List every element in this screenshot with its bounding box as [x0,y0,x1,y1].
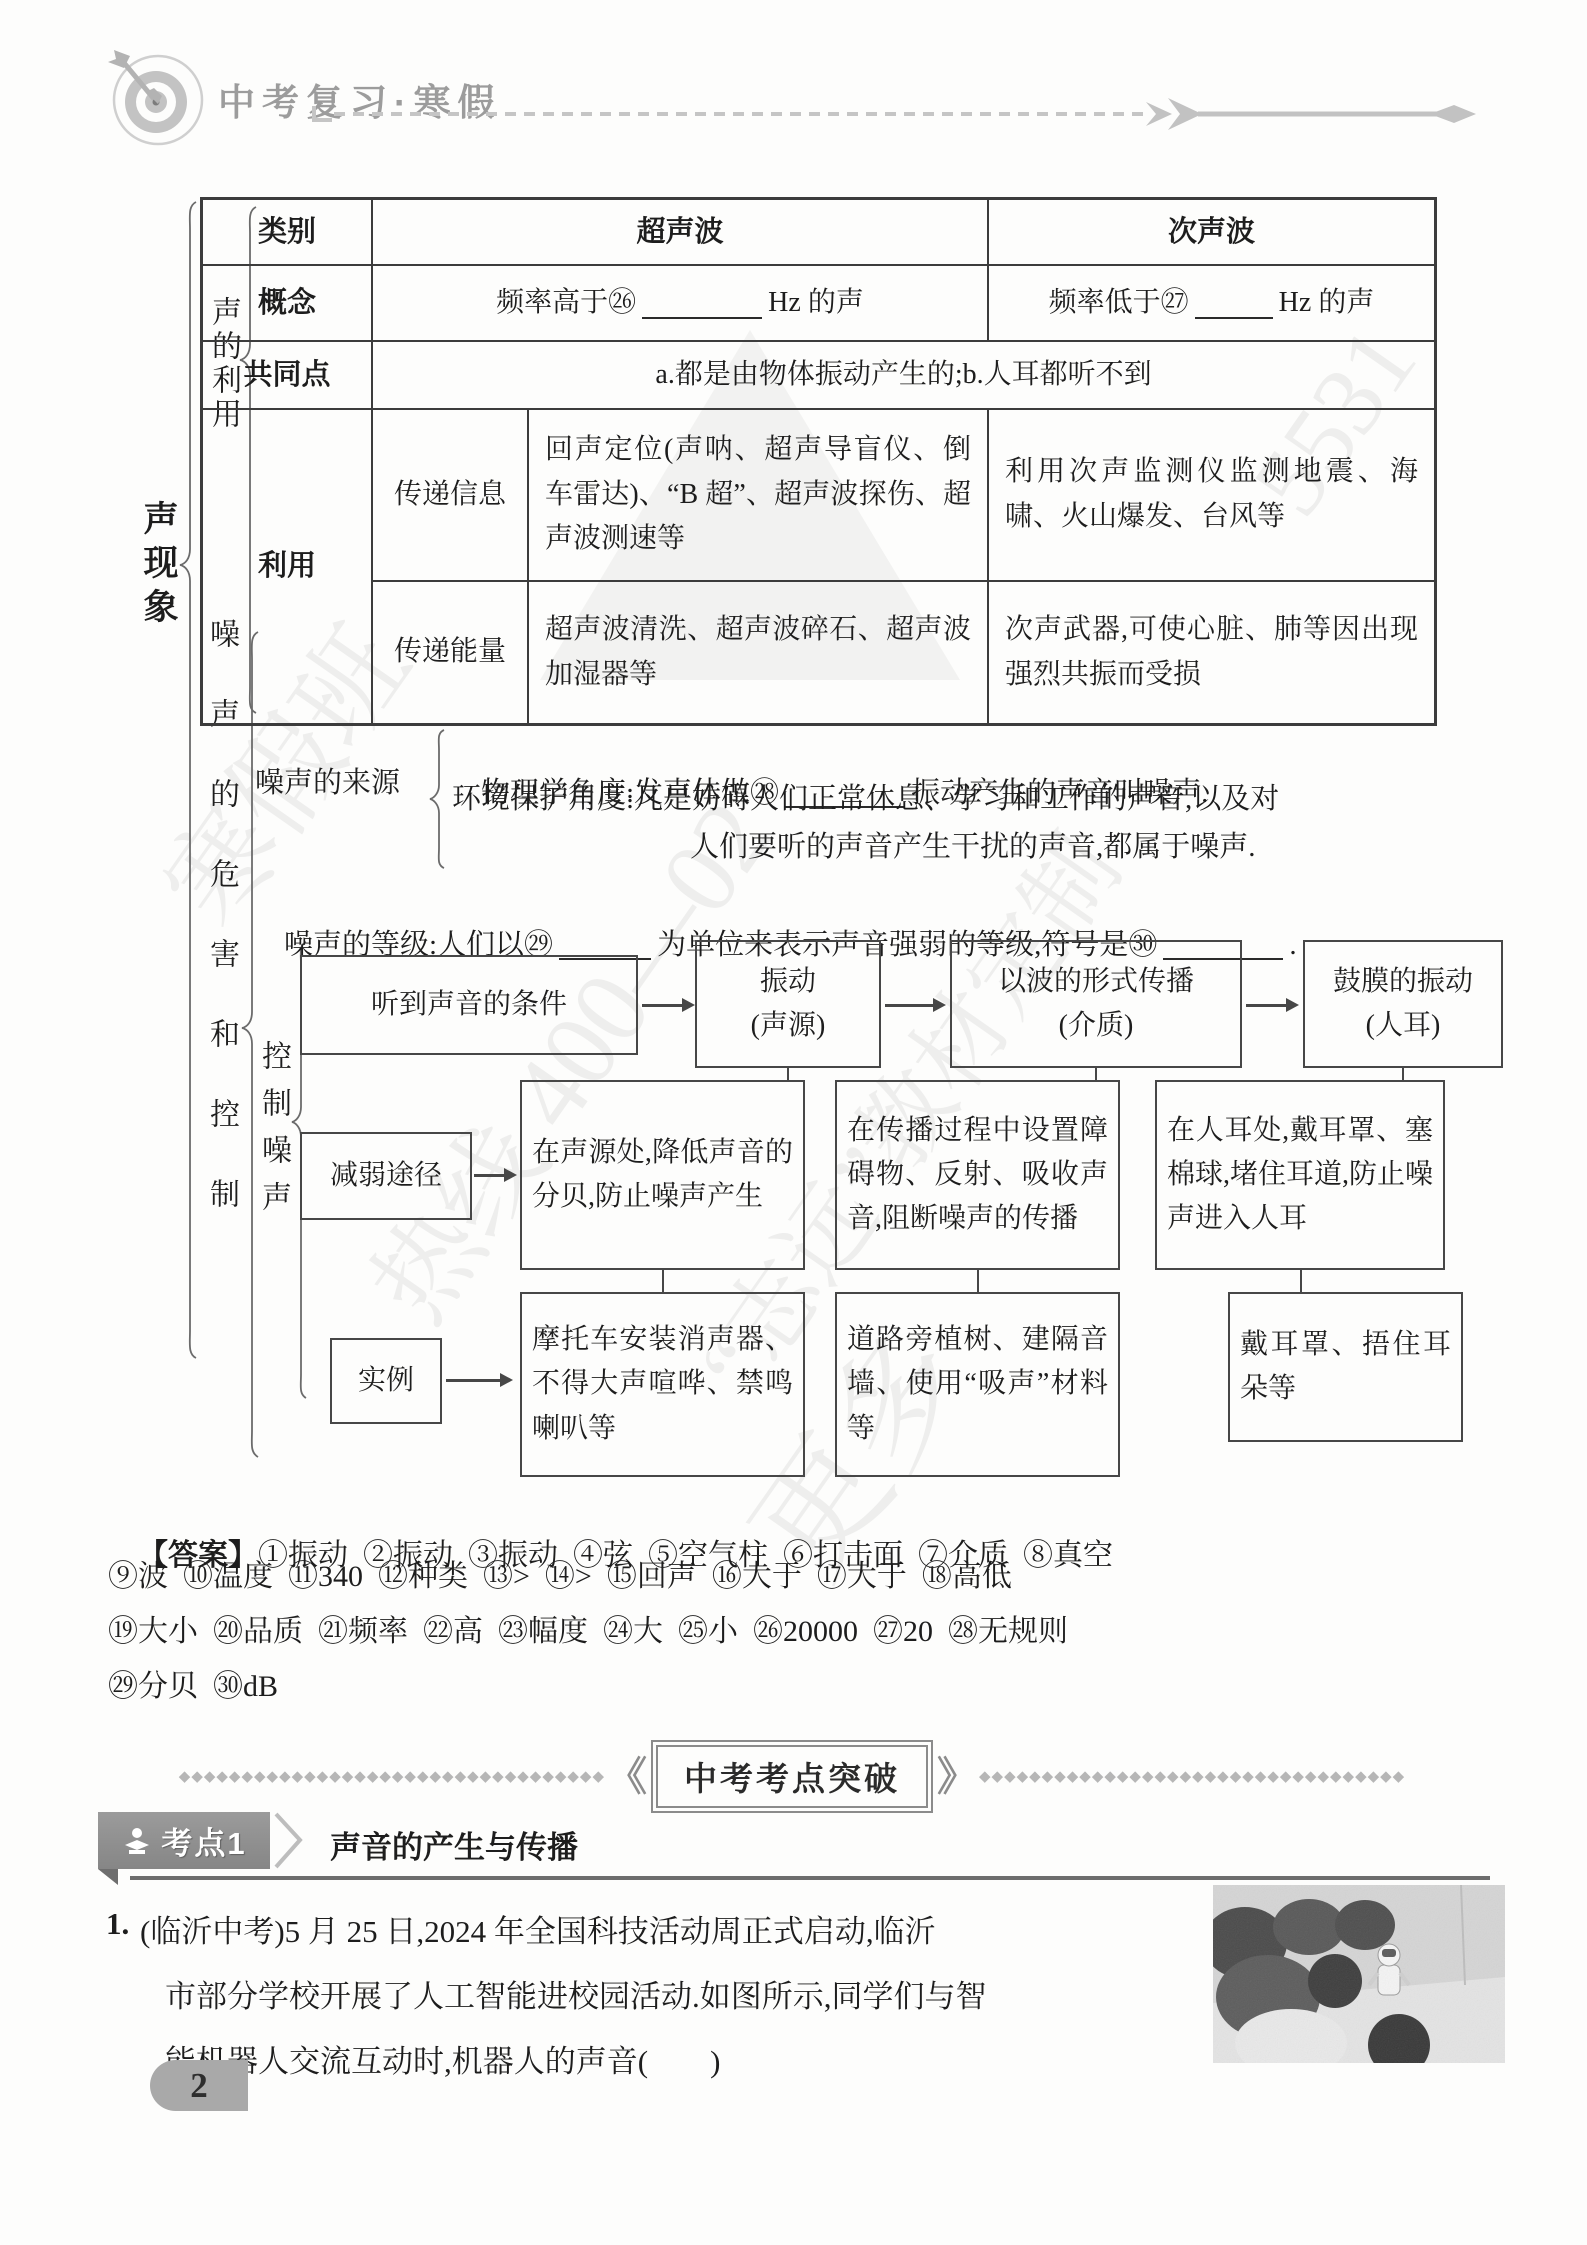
connector-line [1095,1068,1097,1080]
section-banner: ◆◆◆◆◆◆◆◆◆◆◆◆◆◆◆◆◆◆◆◆◆◆◆◆◆◆◆◆◆◆◆◆◆◆ 《 中考考… [92,1740,1492,1813]
workbook-page: 寒假班 热线 400—02 更多 “志远”教材定制 5531 中考复习·寒假 声… [0,0,1587,2245]
kaodian-badge: 考点1 [98,1812,270,1869]
badge-fold-decor [98,1869,118,1885]
flow-weaken2-box: 在传播过程中设置障碍物、反射、吸收声音,阻断噪声的传播 [835,1080,1120,1270]
reader-icon [121,1825,153,1857]
weaken1-text: 在声源处,降低声音的分贝,防止噪声产生 [532,1131,793,1219]
arrow-right-icon [885,1004,935,1007]
table-header-infrasonic: 次声波 [989,200,1434,266]
noise-source-label: 噪声的来源 [255,762,400,806]
header-arrow-decor [1146,96,1476,132]
question-line2: 市部分学校开展了人工智能进校园活动.如图所示,同学们与智 [165,1971,987,2016]
flow-weaken1-box: 在声源处,降低声音的分贝,防止噪声产生 [520,1080,805,1270]
page-number-badge: 2 [150,2060,248,2111]
banner-close-mark: 》 [937,1757,977,1797]
arrow-right-icon [642,1004,684,1007]
diamond-chain-left: ◆◆◆◆◆◆◆◆◆◆◆◆◆◆◆◆◆◆◆◆◆◆◆◆◆◆◆◆◆◆◆◆◆◆ [92,1769,605,1784]
table-cell-concept-ultra: 频率高于㉖Hz 的声 [373,266,989,342]
kaodian-badge-label: 考点1 [161,1818,246,1863]
noise-env-line2: 人们要听的声音产生干扰的声音,都属于噪声. [690,826,1256,870]
diamond-chain-right: ◆◆◆◆◆◆◆◆◆◆◆◆◆◆◆◆◆◆◆◆◆◆◆◆◆◆◆◆◆◆◆◆◆◆ [979,1769,1492,1784]
header-dashed-line [334,112,1146,116]
flow-example1-box: 摩托车安装消声器、不得大声喧哗、禁鸣喇叭等 [520,1292,805,1477]
flow-stage1-box: 振动 (声源) [695,940,881,1068]
concept-ultra-suffix: Hz 的声 [768,281,864,326]
arrow-right-icon [474,1174,506,1177]
table-row-label-common: 共同点 [203,342,373,410]
table-sublabel-info: 传递信息 [373,410,529,582]
answers-line2: ⑨波 ⑩温度 ⑪340 ⑫种类 ⑬> ⑭> ⑮回声 ⑯大于 ⑰大于 ⑱高低 [108,1551,1508,1595]
level-suffix: . [1289,929,1296,961]
concept-infra-suffix: Hz 的声 [1279,281,1375,326]
connector-line [787,1068,789,1080]
kaodian-title: 声音的产生与传播 [330,1822,578,1867]
concept-infra-prefix: 频率低于㉗ [1049,281,1189,326]
banner-open-mark: 《 [607,1757,647,1797]
brace-source [426,728,446,870]
table-header-ultrasonic: 超声波 [373,200,989,266]
table-cell-info-ultra: 回声定位(声呐、超声导盲仪、倒车雷达)、“B 超”、超声波探伤、超声波测速等 [529,410,989,582]
table-cell-info-infra: 利用次声监测仪监测地震、海啸、火山爆发、台风等 [989,410,1434,582]
blank-26 [642,287,762,318]
question-line1: (临沂中考)5 月 25 日,2024 年全国科技活动周正式启动,临沂 [140,1906,936,1951]
flow-weaken-label-box: 减弱途径 [300,1132,472,1220]
question-photo [1213,1885,1505,2063]
page-title: 中考复习·寒假 [218,72,501,126]
connector-line [977,1270,979,1292]
table-cell-energy-infra: 次声武器,可使心脏、肺等因出现强烈共振而受损 [989,582,1434,723]
page-number: 2 [190,2066,208,2106]
brace-root [176,200,198,1360]
flow-condition-box: 听到声音的条件 [300,955,638,1055]
example2-text: 道路旁植树、建隔音墙、使用“吸声”材料等 [847,1318,1108,1451]
example1-text: 摩托车安装消声器、不得大声喧哗、禁鸣喇叭等 [532,1318,793,1451]
example3-text: 戴耳罩、捂住耳朵等 [1240,1323,1451,1411]
banner-title: 中考考点突破 [656,1745,928,1808]
table-sublabel-energy: 传递能量 [373,582,529,723]
table-cell-energy-ultra: 超声波清洗、超声波碎石、超声波加湿器等 [529,582,989,723]
flow-example3-box: 戴耳罩、捂住耳朵等 [1228,1292,1463,1442]
connector-line [1402,1068,1404,1080]
flow-weaken3-box: 在人耳处,戴耳罩、塞棉球,堵住耳道,防止噪声进入人耳 [1155,1080,1445,1270]
weaken3-text: 在人耳处,戴耳罩、塞棉球,堵住耳道,防止噪声进入人耳 [1167,1109,1433,1242]
table-cell-concept-infra: 频率低于㉗Hz 的声 [989,266,1434,342]
blank-27 [1195,287,1273,318]
wave-comparison-table: 类别 超声波 次声波 概念 频率高于㉖Hz 的声 频率低于㉗Hz 的声 共同点 … [200,197,1437,726]
kaodian-rule [130,1876,1490,1880]
table-row-label-concept: 概念 [203,266,373,342]
answers-line4: ㉙分贝 ㉚dB [108,1661,1508,1705]
concept-ultra-prefix: 频率高于㉖ [496,281,636,326]
weaken2-text: 在传播过程中设置障碍物、反射、吸收声音,阻断噪声的传播 [847,1109,1108,1242]
target-logo-icon [100,46,210,146]
table-row-label-use: 利用 [203,410,373,723]
flow-example-label-box: 实例 [330,1338,442,1424]
badge-chevron-decor [272,1812,308,1869]
question-number: 1. [106,1906,129,1942]
flow-example2-box: 道路旁植树、建隔音墙、使用“吸声”材料等 [835,1292,1120,1477]
flow-stage2-box: 以波的形式传播 (介质) [950,940,1242,1068]
arrow-right-icon [446,1379,502,1382]
arrow-right-icon [1246,1004,1288,1007]
answers-line3: ⑲大小 ⑳品质 ㉑频率 ㉒高 ㉓幅度 ㉔大 ㉕小 ㉖20000 ㉗20 ㉘无规则 [108,1606,1508,1650]
banner-box: 中考考点突破 [651,1740,933,1813]
table-cell-common: a.都是由物体振动产生的;b.人耳都听不到 [373,342,1434,410]
header-corner-decor [312,106,332,122]
flow-stage3-box: 鼓膜的振动 (人耳) [1303,940,1503,1068]
question-line3: 能机器人交流互动时,机器人的声音( ) [165,2036,720,2081]
noise-env-line1: 环境保护角度:凡是妨碍人们正常休息、学习和工作的声音,以及对 [452,778,1279,822]
connector-line [1300,1270,1302,1292]
table-header-category: 类别 [203,200,373,266]
connector-line [662,1270,664,1292]
